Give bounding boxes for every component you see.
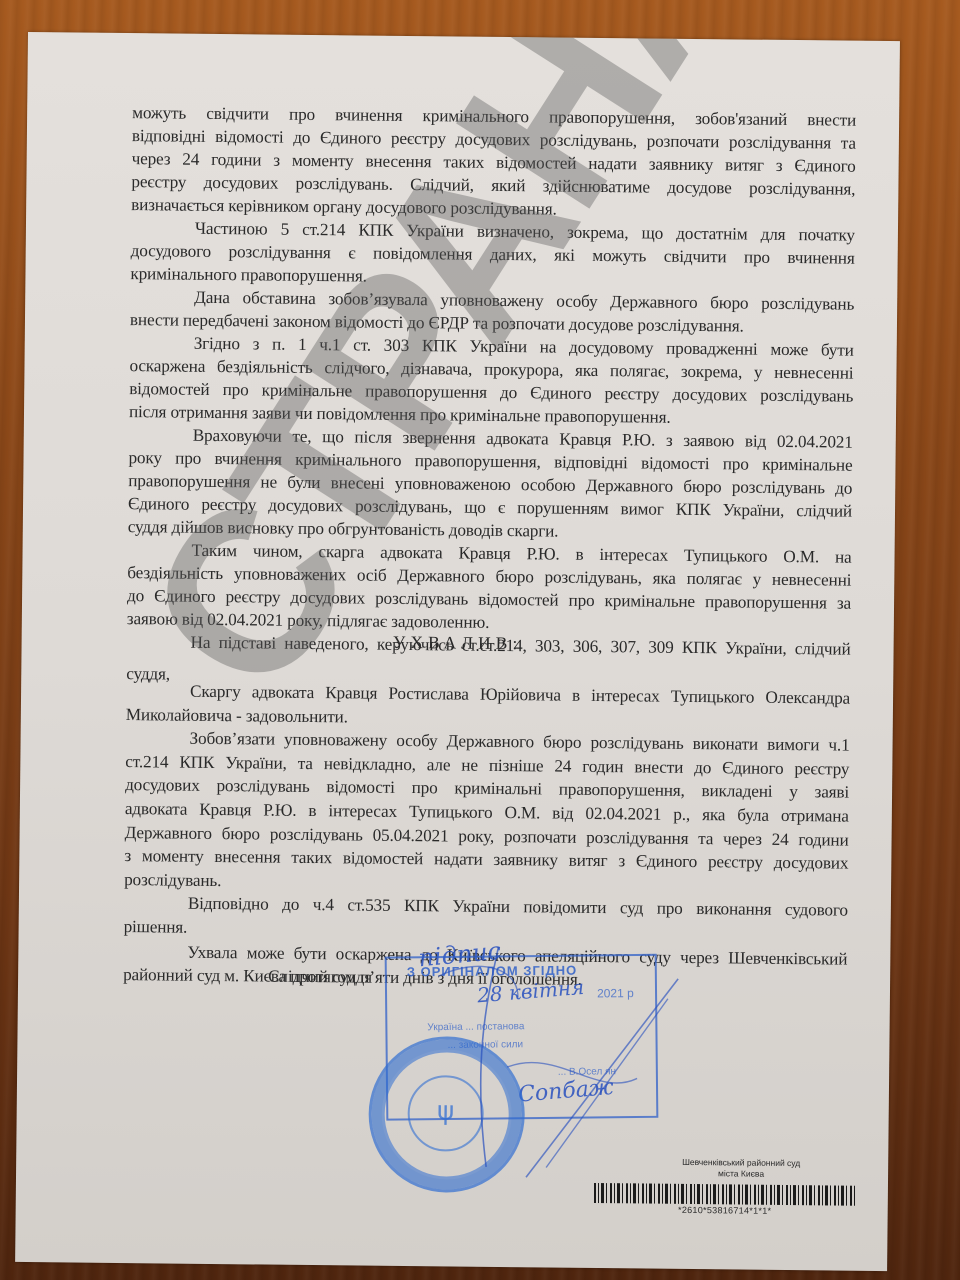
text-line: адвоката Кравця Р.Ю. в інтересах Тупицьк… [125, 799, 849, 827]
text-line: Частиною 5 ст.214 КПК України визначено,… [195, 219, 855, 246]
text-line: Дана обставина зобов’язувала уповноважен… [194, 288, 854, 315]
text-line: Зобов’язати уповноважену особу Державног… [190, 729, 850, 756]
text-line: розслідувань. [124, 870, 848, 898]
signature-strokes [376, 936, 699, 1199]
text-line: Таким чином, скарга адвоката Кравця Р.Ю.… [191, 541, 851, 568]
barcode [594, 1183, 856, 1206]
text-line: Враховуючи те, що після звернення адвока… [193, 426, 853, 453]
text-line: Згідно з п. 1 ч.1 ст. 303 КПК України на… [194, 334, 854, 361]
text-line: ст.214 КПК України, та невідкладно, але … [125, 752, 849, 780]
text-line: Державного бюро розслідувань 05.04.2021 … [125, 823, 849, 851]
barcode-court-city: міста Києва [656, 1168, 826, 1181]
signature-label: Слідчий суддя [268, 967, 372, 988]
barcode-number: *2610*53816714*1*1* [594, 1204, 856, 1217]
text-line: з моменту внесення таких відомостей нада… [124, 846, 848, 874]
document-page: можуть свідчити про вчинення кримінально… [15, 32, 900, 1271]
text-line: Миколайовича - задовольнити. [126, 705, 850, 733]
text-line: досудових розслідувань відомості про кри… [125, 775, 849, 803]
text-line: Відповідно до ч.4 ст.535 КПК України пов… [188, 894, 848, 921]
